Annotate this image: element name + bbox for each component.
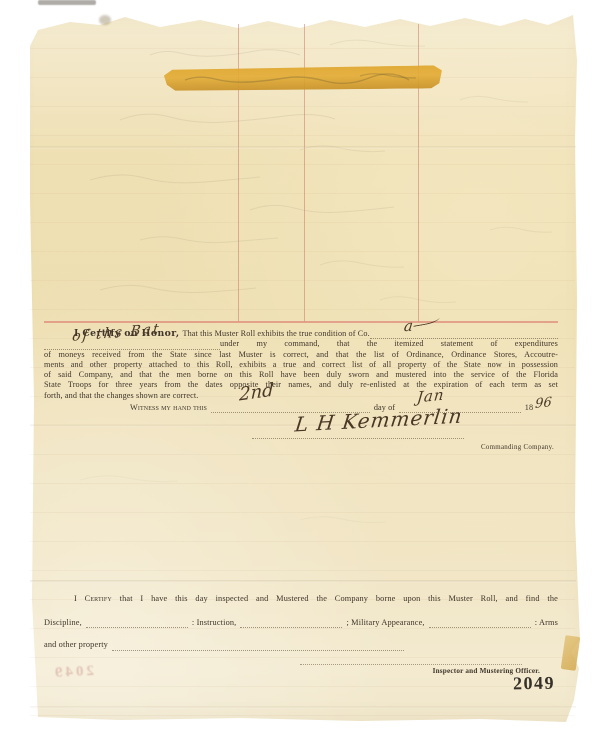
inspection-section: I Certify that I have this day inspected… bbox=[44, 594, 558, 651]
certify-line-6: State Troops for three years from the da… bbox=[44, 380, 558, 390]
certify-line2-text: under my command, that the itemized stat… bbox=[220, 339, 558, 349]
certify-line-7: forth, and that the changes shown are co… bbox=[44, 391, 558, 401]
discipline-blank-field bbox=[86, 618, 188, 629]
certification-section: I Certify on Honor, That this Muster Rol… bbox=[44, 329, 558, 413]
tape-strip bbox=[164, 65, 442, 91]
red-rule-horizontal bbox=[44, 321, 558, 323]
other-property-blank-field bbox=[112, 640, 404, 651]
unit-blank-field: of ths Bat bbox=[44, 339, 220, 349]
certify-line-3: of moneys received from the State since … bbox=[44, 350, 558, 360]
document-number-stamp: 2049 bbox=[513, 673, 555, 695]
military-appearance-label: ; Military Appearance, bbox=[346, 618, 424, 629]
inspection-line1-text: that I have this day inspected and Muste… bbox=[120, 594, 558, 603]
commanding-company-label: Commanding Company. bbox=[458, 444, 554, 451]
inspection-certify-lead: I Certify bbox=[74, 594, 112, 603]
year-printed-prefix: 18 bbox=[525, 403, 533, 413]
inspection-line-1: I Certify that I have this day inspected… bbox=[44, 594, 558, 605]
certify-on-honor-heading: I Certify on Honor, bbox=[74, 329, 179, 339]
instruction-label: : Instruction, bbox=[192, 618, 237, 629]
other-property-label: and other property bbox=[44, 640, 108, 651]
company-blank-field: a bbox=[370, 329, 558, 339]
certify-line-5: of said Company, and that the men borne … bbox=[44, 370, 558, 380]
mirrored-bleed-stamp: 2049 bbox=[52, 663, 95, 682]
inspection-fields-row: Discipline, : Instruction, ; Military Ap… bbox=[44, 618, 558, 629]
scanned-document: I Certify on Honor, That this Muster Rol… bbox=[0, 0, 600, 736]
inspector-signature-line bbox=[300, 662, 522, 665]
military-appearance-blank-field bbox=[429, 618, 531, 629]
certify-line-4: ments and other property attached to thi… bbox=[44, 360, 558, 370]
instruction-blank-field bbox=[240, 618, 342, 629]
certify-line-1: I Certify on Honor, That this Muster Rol… bbox=[44, 329, 558, 339]
ink-spot bbox=[99, 15, 111, 25]
handwritten-year-entry: 96 bbox=[535, 398, 552, 410]
certify-line1-text: That this Muster Roll exhibits the true … bbox=[182, 329, 369, 339]
arms-label: : Arms bbox=[535, 618, 558, 629]
other-property-row: and other property bbox=[44, 640, 558, 651]
certify-line-2: of ths Bat under my command, that the it… bbox=[44, 339, 558, 349]
witness-label: Witness my hand this bbox=[130, 403, 207, 413]
discipline-label: Discipline, bbox=[44, 618, 82, 629]
edge-smudge bbox=[38, 0, 96, 5]
